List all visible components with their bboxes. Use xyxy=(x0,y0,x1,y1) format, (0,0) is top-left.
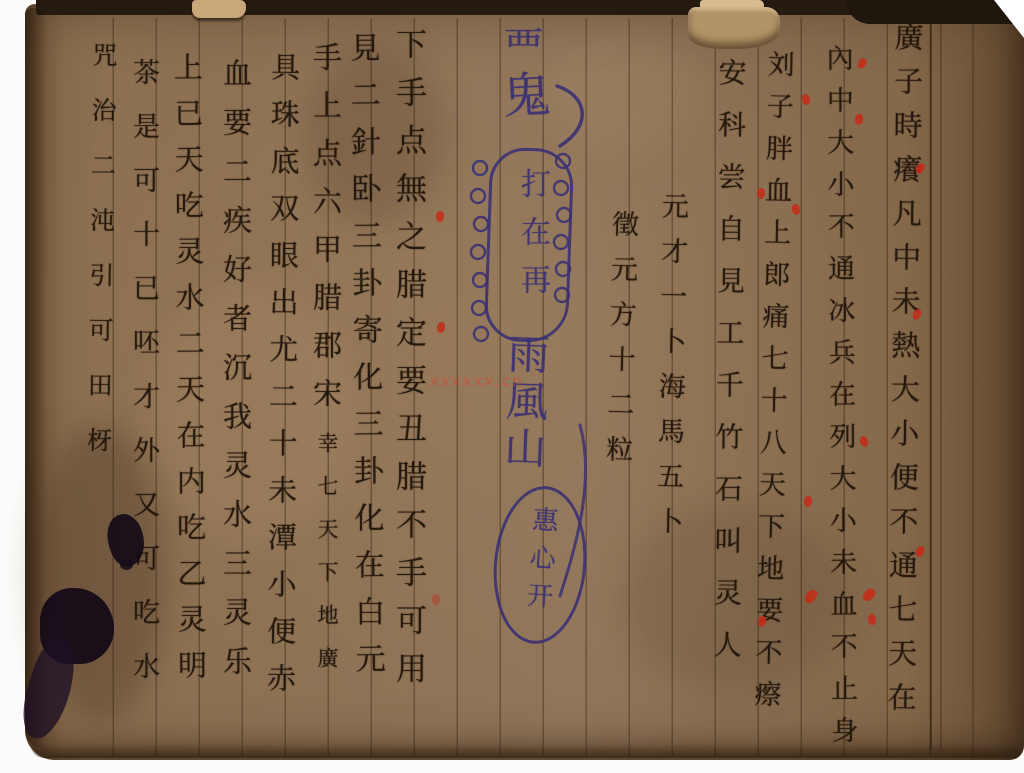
talisman-hook-stroke xyxy=(552,82,597,152)
talisman-enclosure-text: 打在再 xyxy=(510,168,554,312)
text-column-l8: 咒治二沌引可田枒 xyxy=(79,42,121,482)
talisman-head-glyph: 鬼 xyxy=(487,68,558,120)
text-column-l3b: 幸七天下地廣 xyxy=(312,432,342,690)
talisman-circle-chain-left xyxy=(470,158,492,348)
text-column-r2: 內中大小不通冰兵在列大小未血不止身 xyxy=(818,44,862,758)
talisman-mid-text: 雨風山 xyxy=(492,331,557,474)
text-column-l5: 血要二疾好者沉我灵水三灵乐 xyxy=(216,58,257,695)
binding-tab xyxy=(192,0,246,18)
talisman-top-glyph: 覀 xyxy=(492,26,549,66)
manuscript-scan: 廣子時癢凡中未熱大小便不通七天在 內中大小不通冰兵在列大小未血不止身 刘子胖血上… xyxy=(0,0,1024,773)
talisman-seal-text: 惠心开 xyxy=(518,505,563,621)
site-watermark: xxxxxx.cn xyxy=(430,372,524,390)
text-column-l3: 手上点六甲腊郡宋 xyxy=(306,42,347,426)
text-column-r4: 安科尝自見工千竹石叫灵人 xyxy=(705,58,750,682)
text-column-r5: 元才一卜海馬五卜 xyxy=(647,192,692,553)
text-column-l1: 下手点無之腊定要丑腊不手可用 xyxy=(386,28,431,700)
text-column-r1: 廣子時癢凡中未熱大小便不通七天在 xyxy=(880,22,928,726)
text-column-l4: 具珠底双眼出尤二十未潭小便赤 xyxy=(260,52,306,710)
margin-rule xyxy=(940,14,942,750)
text-column-l7: 茶是可十已呸才外又可吃水 xyxy=(124,58,163,706)
talisman-circle-chain-right xyxy=(552,152,574,317)
torn-paper-notch xyxy=(688,7,780,49)
margin-rule xyxy=(930,14,932,750)
text-column-l6: 上已天吃灵水二天在内吃乙灵明 xyxy=(167,52,212,696)
text-column-r6: 徵元方十二粒 xyxy=(596,210,642,481)
ink-speck xyxy=(120,560,133,570)
bottom-edge-shadow xyxy=(30,744,1020,758)
scan-corner-white xyxy=(994,0,1024,38)
